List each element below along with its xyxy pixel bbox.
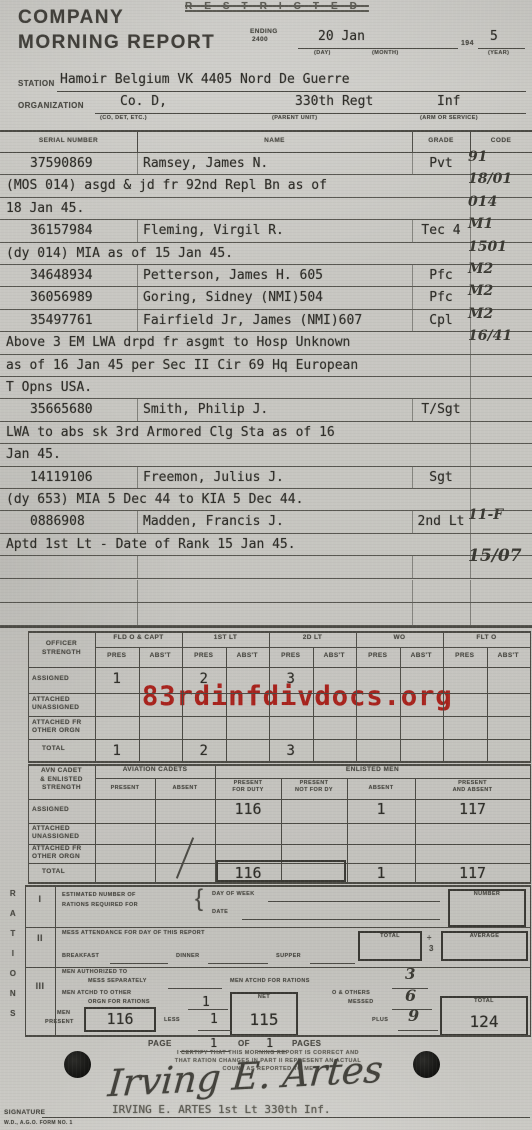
men-present-line1: MEN <box>57 1011 70 1017</box>
roster-row: 36056989Goring, Sidney (NMI)504PfcM2 <box>0 287 532 309</box>
enlisted-subcol: ABSENT <box>155 786 215 792</box>
dinner-line <box>208 963 268 964</box>
officer-subcol: ABS'T <box>400 653 444 660</box>
roster-entry-text: Above 3 EM LWA drpd fr asgmt to Hosp Unk… <box>6 336 350 349</box>
roster-serial: 0886908 <box>30 515 85 528</box>
officer-row-label: ATTACHED FR <box>32 720 82 727</box>
column-divider <box>137 603 138 625</box>
roster-row: 18 Jan 45.014 <box>0 198 532 220</box>
column-divider <box>412 580 413 602</box>
enlisted-row-label: OTHER ORGN <box>32 854 80 861</box>
auth-mess-line2: MESS SEPARATELY <box>88 979 147 985</box>
officer-col-group: FLD O & CAPT <box>95 635 182 642</box>
organization-parent-value: 330th Regt <box>295 95 373 108</box>
station-value: Hamoir Belgium VK 4405 Nord De Guerre <box>60 73 350 86</box>
roster-name: Petterson, James H. 605 <box>143 269 323 282</box>
rule-line <box>28 823 530 824</box>
roster-serial: 36056989 <box>30 291 93 304</box>
officer-cell-value: 2 <box>182 744 226 758</box>
roster-row: 15/07 <box>0 556 532 579</box>
roster-entry-text: T Opns USA. <box>6 381 92 394</box>
roster-name: Madden, Francis J. <box>143 515 284 528</box>
column-divider <box>137 511 138 532</box>
officer-cell-value: 1 <box>95 744 139 758</box>
roster-row: 35665680Smith, Philip J.T/Sgt <box>0 399 532 421</box>
breakfast-line <box>110 963 168 964</box>
enlisted-row-label: UNASSIGNED <box>32 834 79 841</box>
report-date-value: 20 Jan <box>318 30 365 43</box>
column-divider <box>470 399 471 420</box>
roster-row: LWA to abs sk 3rd Armored Clg Sta as of … <box>0 422 532 444</box>
enlisted-subcol: PRESENT <box>415 781 530 787</box>
roster-serial: 36157984 <box>30 224 93 237</box>
officer-cell-value: 2 <box>182 672 226 686</box>
officer-subcol: PRES <box>182 653 226 660</box>
rations-vertical-letter: T <box>6 930 20 938</box>
rations-section-numeral: III <box>25 982 55 991</box>
year-sublabel: (YEAR) <box>488 51 509 57</box>
enlisted-cell-value: 116 <box>215 802 281 817</box>
roster-col-grade: GRADE <box>412 138 470 145</box>
column-divider <box>137 153 138 174</box>
roster-code-handwritten: 16/41 <box>468 329 512 343</box>
roster-entry-text: 18 Jan 45. <box>6 202 84 215</box>
rule-line <box>356 631 357 763</box>
organization-unit-value: Co. D, <box>120 95 167 108</box>
roster-name: Fleming, Virgil R. <box>143 224 284 237</box>
rule-line <box>28 761 530 763</box>
roster-entry-text: as of 16 Jan 45 per Sec II Cir 69 Hq Eur… <box>6 359 358 372</box>
roster-serial: 35497761 <box>30 314 93 327</box>
officer-subcol: ABS'T <box>226 653 270 660</box>
year-prefix: 194 <box>461 40 474 47</box>
roster-grade: Tec 4 <box>412 224 470 237</box>
officer-cell-value: 1 <box>95 672 139 686</box>
signature-label: SIGNATURE <box>4 1110 45 1117</box>
others-line1: O & OTHERS <box>332 991 370 997</box>
pages-value: 1 <box>266 1037 273 1049</box>
rule-line <box>25 885 26 1037</box>
enlisted-strength-title: AVN CADET <box>28 768 95 775</box>
roster-row: T Opns USA. <box>0 377 532 399</box>
rations-estimated-line2: RATIONS REQUIRED FOR <box>62 903 138 909</box>
rule-line <box>28 844 530 845</box>
number-box-label: NUMBER <box>448 892 526 898</box>
rule-line <box>137 132 138 152</box>
roster-code-handwritten: 1501 <box>468 240 507 254</box>
station-underline <box>57 91 526 92</box>
column-divider <box>470 467 471 488</box>
column-divider <box>470 603 471 625</box>
column-divider <box>137 220 138 241</box>
column-divider <box>470 444 471 465</box>
total-box-sec2-label: TOTAL <box>358 934 422 940</box>
rule-line <box>25 967 530 968</box>
rule-line <box>530 885 531 1037</box>
brace-glyph: { <box>195 886 203 911</box>
org-sublabel-1: (CO, DET, ETC.) <box>100 116 147 122</box>
column-divider <box>412 603 413 625</box>
roster-entry-text: (dy 014) MIA as of 15 Jan 45. <box>6 247 233 260</box>
officer-row-label: ASSIGNED <box>32 676 69 683</box>
officer-row-label: ATTACHED <box>32 697 70 704</box>
roster-row: 34648934Petterson, James H. 605PfcM2 <box>0 265 532 287</box>
roster-entry-text: Aptd 1st Lt - Date of Rank 15 Jan 45. <box>6 538 296 551</box>
rations-total-label: TOTAL <box>440 999 528 1005</box>
rule-line <box>412 132 413 152</box>
roster-serial: 37590869 <box>30 157 93 170</box>
roster-code-handwritten: 18/01 <box>468 172 512 186</box>
org-sublabel-2: (PARENT UNIT) <box>272 116 317 122</box>
roster-grade: Pfc <box>412 291 470 304</box>
column-divider <box>137 580 138 602</box>
roster-row: 35497761Fairfield Jr, James (NMI)607CplM… <box>0 310 532 332</box>
ending-time-label: 2400 <box>252 37 268 44</box>
officer-cell-value: 3 <box>269 672 313 686</box>
roster-entry-text: (dy 653) MIA 5 Dec 44 to KIA 5 Dec 44. <box>6 493 303 506</box>
enlisted-row-label: ATTACHED FR <box>32 846 82 853</box>
column-divider <box>137 399 138 420</box>
officer-subcol: PRES <box>95 653 139 660</box>
roster-col-serial: SERIAL NUMBER <box>0 138 137 145</box>
year-value: 5 <box>490 30 498 43</box>
column-divider <box>470 377 471 398</box>
rule-line <box>25 1035 530 1037</box>
enlisted-subcol: FOR DUTY <box>215 788 281 794</box>
net-box-label: NET <box>230 995 298 1001</box>
roster-entry-text: LWA to abs sk 3rd Armored Clg Sta as of … <box>6 426 335 439</box>
pages-label: PAGES <box>292 1040 321 1048</box>
mess-attendance-title: MESS ATTENDANCE FOR DAY OF THIS REPORT <box>62 931 205 937</box>
roster-name: Ramsey, James N. <box>143 157 268 170</box>
total-emphasis-box <box>216 860 346 882</box>
roster-row: as of 16 Jan 45 per Sec II Cir 69 Hq Eur… <box>0 355 532 377</box>
less-value: 1 <box>210 1013 218 1026</box>
rations-total-value: 124 <box>440 1014 528 1030</box>
officer-strength-title: OFFICER <box>28 641 95 648</box>
rule-line <box>28 799 530 800</box>
form-number: W.D., A.G.O. FORM NO. 1 <box>4 1121 73 1126</box>
station-label: STATION <box>18 80 55 88</box>
roster-code-handwritten: M2 <box>468 307 493 321</box>
officer-subcol: ABS'T <box>139 653 183 660</box>
less-label: LESS <box>164 1018 180 1024</box>
punch-hole-right <box>413 1051 440 1078</box>
rule-line <box>155 778 156 884</box>
roster-serial: 35665680 <box>30 403 93 416</box>
officer-col-group: WO <box>356 635 443 642</box>
officer-col-group: FLT O <box>443 635 530 642</box>
officer-subcol: PRES <box>443 653 487 660</box>
rule-line <box>28 739 530 740</box>
enlisted-subcol: PRESENT <box>95 786 155 792</box>
dinner-label: DINNER <box>176 954 199 960</box>
rations-section-numeral: I <box>25 895 55 904</box>
rule-line <box>226 647 227 763</box>
enlisted-subcol: ABSENT <box>347 786 415 792</box>
column-divider <box>470 355 471 376</box>
enlisted-cell-value: 1 <box>347 802 415 817</box>
org-sublabel-3: (ARM OR SERVICE) <box>420 116 478 122</box>
rule-line <box>25 927 530 928</box>
page-label: PAGE <box>148 1040 172 1048</box>
breakfast-label: BREAKFAST <box>62 954 99 960</box>
plus-line <box>398 1030 438 1031</box>
signature-line <box>42 1117 530 1118</box>
rule-line <box>28 882 530 884</box>
rations-vertical-letter: A <box>6 910 20 918</box>
officer-subcol: ABS'T <box>487 653 531 660</box>
rule-line <box>95 778 530 779</box>
punch-hole-left <box>64 1051 91 1078</box>
others-messed-value: 6 <box>405 988 416 1004</box>
officer-strength-title: STRENGTH <box>28 650 95 657</box>
roster-grade: Pfc <box>412 269 470 282</box>
roster-code-handwritten: M1 <box>468 217 493 231</box>
roster-code-handwritten: 15/07 <box>468 548 522 565</box>
roster-grade: Pvt <box>412 157 470 170</box>
roster-grade: Cpl <box>412 314 470 327</box>
enlisted-row-label: ATTACHED <box>32 826 70 833</box>
rations-date-label: DATE <box>212 910 228 916</box>
enlisted-row-label: TOTAL <box>42 869 65 876</box>
atchd-other-value: 1 <box>202 996 210 1009</box>
atchd-other-line1: MEN ATCHD TO OTHER <box>62 991 131 997</box>
classification-banner: RESTRICTED <box>185 2 405 13</box>
rule-line <box>28 764 530 766</box>
divisor: 3 <box>429 945 434 953</box>
rule-line <box>28 693 530 694</box>
enlisted-strength-title: & ENLISTED <box>28 777 95 784</box>
day-of-week-label: DAY OF WEEK <box>212 892 255 898</box>
roster-code-handwritten: M2 <box>468 262 493 276</box>
roster-row: (dy 653) MIA 5 Dec 44 to KIA 5 Dec 44. <box>0 489 532 511</box>
officer-col-group: 1ST LT <box>182 635 269 642</box>
page-value: 1 <box>210 1037 217 1049</box>
of-label: OF <box>238 1040 250 1048</box>
roster-serial: 34648934 <box>30 269 93 282</box>
roster-serial: 14119106 <box>30 471 93 484</box>
aviation-cadets-group: AVIATION CADETS <box>95 767 215 774</box>
atchd-for-rations-label: MEN ATCHD FOR RATIONS <box>230 979 310 985</box>
roster-row <box>0 603 532 626</box>
form-title-line2: MORNING REPORT <box>18 33 215 53</box>
roster-col-name: NAME <box>137 138 412 145</box>
rations-estimated-line1: ESTIMATED NUMBER OF <box>62 893 136 899</box>
rule-line <box>530 764 531 884</box>
rations-vertical-letter: R <box>6 890 20 898</box>
column-divider <box>137 287 138 308</box>
men-present-value: 116 <box>84 1012 156 1027</box>
roster-code-handwritten: 11-F <box>468 508 503 522</box>
rations-section-numeral: II <box>25 934 55 943</box>
rule-line <box>28 667 530 668</box>
year-underline <box>478 48 525 49</box>
roster-name: Freemon, Julius J. <box>143 471 284 484</box>
day-of-week-line <box>268 901 440 902</box>
rule-line <box>530 631 531 763</box>
roster-row: 37590869Ramsey, James N.Pvt91 <box>0 153 532 175</box>
rule-line <box>28 631 530 633</box>
less-line <box>198 1030 232 1031</box>
roster-row: Jan 45. <box>0 444 532 466</box>
rule-line <box>0 130 532 132</box>
atchd-for-rations-value: 3 <box>405 967 415 982</box>
divide-sign: ÷ <box>427 934 432 942</box>
rule-line <box>487 647 488 763</box>
roster-code-handwritten: M2 <box>468 284 493 298</box>
atchd-other-line2: ORGN FOR RATIONS <box>88 1000 150 1006</box>
rations-vertical-letter: I <box>6 950 20 958</box>
rule-line <box>400 647 401 763</box>
roster-row: 36157984Fleming, Virgil R.Tec 4M1 <box>0 220 532 242</box>
column-divider <box>137 265 138 286</box>
date-underline <box>298 48 458 49</box>
roster-name: Smith, Philip J. <box>143 403 268 416</box>
plus-value: 9 <box>408 1008 419 1024</box>
roster-code-handwritten: 014 <box>468 195 497 209</box>
supper-line <box>310 963 355 964</box>
rule-line <box>25 885 530 887</box>
form-title-line1: COMPANY <box>18 8 124 28</box>
roster-entry-text: Jan 45. <box>6 448 61 461</box>
average-box-label: AVERAGE <box>441 934 528 940</box>
roster-name: Goring, Sidney (NMI)504 <box>143 291 323 304</box>
column-divider <box>137 556 138 578</box>
enlisted-cell-value: 1 <box>347 866 415 881</box>
roster-row: 0886908Madden, Francis J.2nd Lt11-F <box>0 511 532 533</box>
auth-mess-line <box>168 988 222 989</box>
enlisted-subcol: NOT FOR DY <box>281 788 347 794</box>
atchd-other-line <box>188 1009 228 1010</box>
officer-subcol: PRES <box>356 653 400 660</box>
column-divider <box>470 580 471 602</box>
supper-label: SUPPER <box>276 954 301 960</box>
enlisted-subcol: PRESENT <box>215 781 281 787</box>
rule-line <box>443 631 444 763</box>
enlisted-subcol: PRESENT <box>281 781 347 787</box>
roster-col-code: CODE <box>470 138 532 145</box>
roster-row: (MOS 014) asgd & jd fr 92nd Repl Bn as o… <box>0 175 532 197</box>
roster-grade: Sgt <box>412 471 470 484</box>
rule-line <box>0 626 532 628</box>
roster-entry-text: (MOS 014) asgd & jd fr 92nd Repl Bn as o… <box>6 179 327 192</box>
organization-label: ORGANIZATION <box>18 102 84 110</box>
enlisted-strength-title: STRENGTH <box>28 785 95 792</box>
morning-report-document: RESTRICTED COMPANY MORNING REPORT ENDING… <box>0 0 532 1130</box>
roster-row <box>0 580 532 603</box>
officer-col-group: 2D LT <box>269 635 356 642</box>
rule-line <box>55 885 56 1037</box>
rule-line <box>95 764 96 884</box>
roster-row: 14119106Freemon, Julius J.Sgt <box>0 467 532 489</box>
enlisted-row-label: ASSIGNED <box>32 807 69 814</box>
rations-vertical-letter: N <box>6 990 20 998</box>
roster-row: (dy 014) MIA as of 15 Jan 45.1501 <box>0 243 532 265</box>
roster-grade: T/Sgt <box>412 403 470 416</box>
column-divider <box>470 422 471 443</box>
signature-typed-name: IRVING E. ARTES 1st Lt 330th Inf. <box>112 1104 331 1115</box>
net-value: 115 <box>230 1012 298 1028</box>
roster-code-handwritten: 91 <box>468 150 487 164</box>
column-divider <box>412 556 413 578</box>
enlisted-cell-value: 117 <box>415 866 530 881</box>
rule-line <box>313 647 314 763</box>
roster-row: Aptd 1st Lt - Date of Rank 15 Jan 45. <box>0 534 532 556</box>
month-sublabel: (MONTH) <box>372 51 399 57</box>
ending-label: ENDING <box>250 29 278 36</box>
auth-mess-line1: MEN AUTHORIZED TO <box>62 970 127 976</box>
rule-line <box>28 716 530 717</box>
day-sublabel: (DAY) <box>314 51 331 57</box>
rations-vertical-letter: O <box>6 970 20 978</box>
organization-arm-value: Inf <box>437 95 460 108</box>
rule-line <box>139 647 140 763</box>
enlisted-cell-value: 117 <box>415 802 530 817</box>
roster-grade: 2nd Lt <box>412 515 470 528</box>
rations-vertical-letter: S <box>6 1010 20 1018</box>
rations-date-line <box>242 919 440 920</box>
men-present-line2: PRESENT <box>45 1020 74 1026</box>
roster-name: Fairfield Jr, James (NMI)607 <box>143 314 362 327</box>
officer-cell-value: 3 <box>269 744 313 758</box>
roster-row: Above 3 EM LWA drpd fr asgmt to Hosp Unk… <box>0 332 532 354</box>
officer-row-label: UNASSIGNED <box>32 705 79 712</box>
officer-subcol: ABS'T <box>313 653 357 660</box>
officer-row-label: TOTAL <box>42 746 65 753</box>
column-divider <box>137 467 138 488</box>
others-line2: MESSED <box>348 1000 374 1006</box>
officer-row-label: OTHER ORGN <box>32 728 80 735</box>
officer-subcol: PRES <box>269 653 313 660</box>
enlisted-subcol: AND ABSENT <box>415 788 530 794</box>
plus-label: PLUS <box>372 1018 388 1024</box>
organization-underline <box>95 113 526 114</box>
column-divider <box>137 310 138 331</box>
enlisted-men-group: ENLISTED MEN <box>215 767 530 774</box>
